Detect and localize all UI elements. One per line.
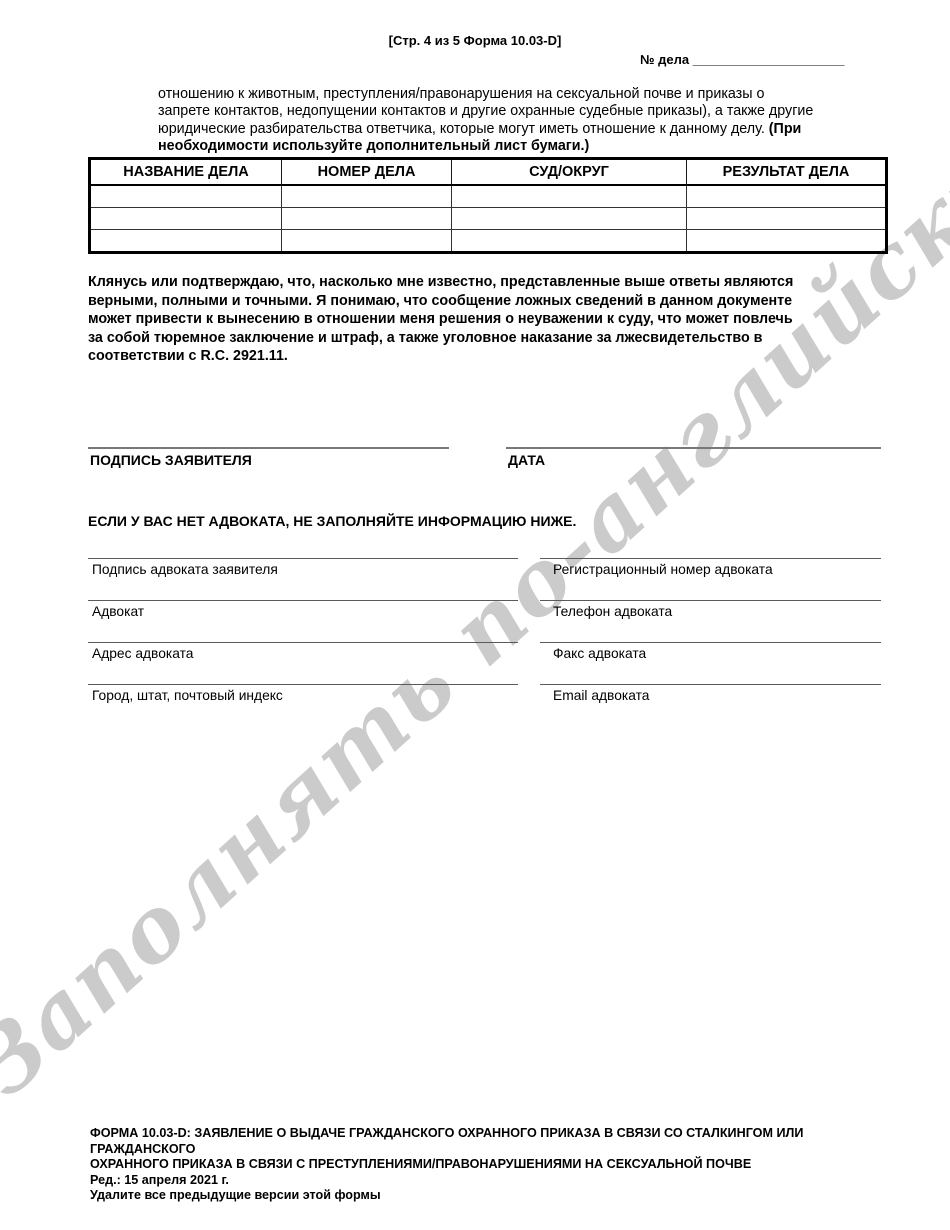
- prior-cases-table-grid: НАЗВАНИЕ ДЕЛА НОМЕР ДЕЛА СУД/ОКРУГ РЕЗУЛ…: [88, 157, 888, 254]
- attorney-signature-label: Подпись адвоката заявителя: [92, 562, 278, 577]
- date-label: ДАТА: [508, 452, 545, 468]
- attorney-signature-line: [88, 558, 518, 559]
- affirmation-paragraph: Клянусь или подтверждаю, что, насколько …: [88, 273, 898, 366]
- form-page: Заполнять по-английски [Стр. 4 из 5 Форм…: [0, 0, 950, 1230]
- attorney-reg-number-label: Регистрационный номер адвоката: [553, 562, 773, 577]
- footer-revision: Ред.: 15 апреля 2021 г.: [90, 1173, 910, 1189]
- table-row: [90, 208, 887, 230]
- table-header-row: НАЗВАНИЕ ДЕЛА НОМЕР ДЕЛА СУД/ОКРУГ РЕЗУЛ…: [90, 159, 887, 186]
- table-cell: [452, 208, 687, 230]
- case-number-blank: _____________________: [693, 52, 845, 67]
- attorney-phone-label: Телефон адвоката: [553, 604, 672, 619]
- applicant-signature-label: ПОДПИСЬ ЗАЯВИТЕЛЯ: [90, 452, 252, 468]
- intro-line: необходимости используйте дополнительный…: [158, 138, 898, 155]
- table-cell: [90, 185, 282, 208]
- table-cell: [452, 230, 687, 253]
- page-number-header: [Стр. 4 из 5 Форма 10.03-D]: [0, 33, 950, 48]
- attorney-fax-line: [540, 642, 881, 643]
- attorney-fax-label: Факс адвоката: [553, 646, 646, 661]
- attorney-address-label: Адрес адвоката: [92, 646, 193, 661]
- attorney-name-label: Адвокат: [92, 604, 144, 619]
- header-case-result: РЕЗУЛЬТАТ ДЕЛА: [687, 159, 887, 186]
- table-cell: [90, 208, 282, 230]
- attorney-city-state-zip-label: Город, штат, почтовый индекс: [92, 688, 283, 703]
- footer-note: Удалите все предыдущие версии этой формы: [90, 1188, 910, 1204]
- table-cell: [687, 208, 887, 230]
- intro-line-bold-text: (При: [769, 121, 802, 137]
- intro-line: юридические разбирательства ответчика, к…: [158, 121, 898, 138]
- header-case-name: НАЗВАНИЕ ДЕЛА: [90, 159, 282, 186]
- intro-line: запрете контактов, недопущении контактов…: [158, 103, 898, 120]
- intro-line: отношению к животным, преступления/право…: [158, 86, 898, 103]
- affirmation-line: Клянусь или подтверждаю, что, насколько …: [88, 273, 898, 292]
- table-cell: [452, 185, 687, 208]
- intro-line-text: юридические разбирательства ответчика, к…: [158, 121, 769, 137]
- affirmation-line: верными, полными и точными. Я понимаю, ч…: [88, 292, 898, 311]
- table-cell: [687, 230, 887, 253]
- continuation-paragraph: отношению к животным, преступления/право…: [158, 86, 898, 155]
- table-row: [90, 185, 887, 208]
- table-cell: [282, 185, 452, 208]
- prior-cases-table: НАЗВАНИЕ ДЕЛА НОМЕР ДЕЛА СУД/ОКРУГ РЕЗУЛ…: [88, 157, 888, 254]
- case-number-field: № дела _____________________: [640, 52, 845, 67]
- footer-title-line: ФОРМА 10.03-D: ЗАЯВЛЕНИЕ О ВЫДАЧЕ ГРАЖДА…: [90, 1126, 910, 1157]
- attorney-name-line: [88, 600, 518, 601]
- affirmation-line: за собой тюремное заключение и штраф, а …: [88, 329, 898, 348]
- attorney-phone-line: [540, 600, 881, 601]
- header-court-county: СУД/ОКРУГ: [452, 159, 687, 186]
- affirmation-line: соответствии с R.C. 2921.11.: [88, 347, 898, 366]
- footer-title-line: ОХРАННОГО ПРИКАЗА В СВЯЗИ С ПРЕСТУПЛЕНИЯ…: [90, 1157, 910, 1173]
- attorney-address-line: [88, 642, 518, 643]
- attorney-email-label: Email адвоката: [553, 688, 649, 703]
- no-attorney-notice: ЕСЛИ У ВАС НЕТ АДВОКАТА, НЕ ЗАПОЛНЯЙТЕ И…: [88, 513, 576, 529]
- header-case-number: НОМЕР ДЕЛА: [282, 159, 452, 186]
- attorney-city-state-zip-line: [88, 684, 518, 685]
- affirmation-line: может привести к вынесению в отношении м…: [88, 310, 898, 329]
- table-cell: [282, 208, 452, 230]
- applicant-signature-line: [88, 447, 449, 449]
- table-cell: [90, 230, 282, 253]
- case-number-label: № дела: [640, 52, 689, 67]
- form-footer: ФОРМА 10.03-D: ЗАЯВЛЕНИЕ О ВЫДАЧЕ ГРАЖДА…: [90, 1126, 910, 1204]
- table-cell: [687, 185, 887, 208]
- attorney-email-line: [540, 684, 881, 685]
- table-row: [90, 230, 887, 253]
- attorney-reg-number-line: [540, 558, 881, 559]
- table-cell: [282, 230, 452, 253]
- date-line: [506, 447, 881, 449]
